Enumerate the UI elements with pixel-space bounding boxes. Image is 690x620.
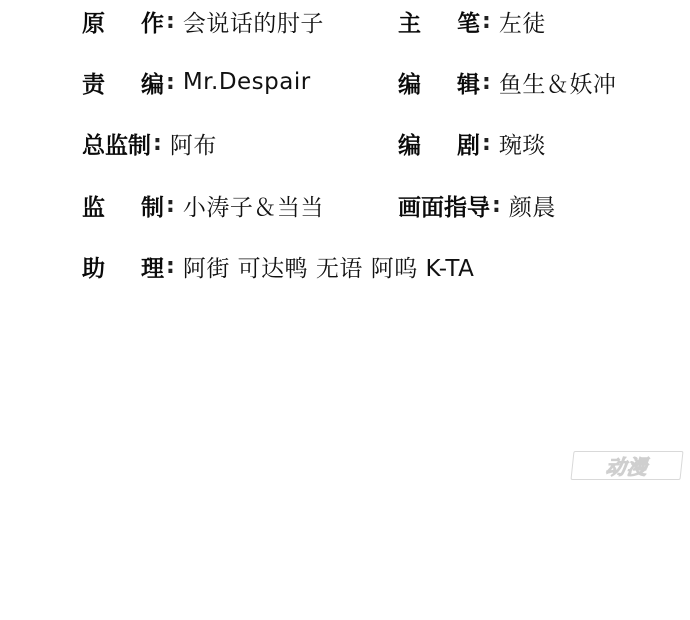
credit-name: 小涛子＆当当 bbox=[183, 189, 324, 222]
credit-name: Mr.Despair bbox=[183, 69, 311, 95]
role-char: 编 bbox=[141, 66, 164, 99]
role-char: 监 bbox=[82, 189, 105, 222]
colon: : bbox=[166, 254, 175, 279]
credit-lead-artist: 主 笔 : 左徒 bbox=[398, 4, 546, 38]
credit-name: 鱼生＆妖冲 bbox=[499, 66, 617, 99]
credit-editor: 编 辑 : 鱼生＆妖冲 bbox=[398, 65, 616, 99]
credit-original-author: 原 作 : 会说话的肘子 bbox=[82, 4, 324, 38]
role-label: 助 理 bbox=[82, 250, 164, 283]
role-label: 画面指导 bbox=[398, 189, 490, 222]
role-char: 笔 bbox=[457, 5, 480, 38]
role-label: 监 制 bbox=[82, 189, 164, 222]
colon: : bbox=[492, 193, 501, 218]
role-char: 辑 bbox=[457, 66, 480, 99]
colon: : bbox=[482, 9, 491, 34]
watermark-text: 动漫 bbox=[604, 451, 649, 480]
role-label: 主 笔 bbox=[398, 5, 480, 38]
credit-name: 会说话的肘子 bbox=[183, 5, 324, 38]
colon: : bbox=[166, 9, 175, 34]
role-char: 编 bbox=[398, 127, 421, 160]
role-char: 编 bbox=[398, 66, 421, 99]
role-label: 编 剧 bbox=[398, 127, 480, 160]
role-label: 总监制 bbox=[82, 127, 151, 160]
role-char: 原 bbox=[82, 5, 105, 38]
role-char: 剧 bbox=[457, 127, 480, 160]
credit-name: 左徒 bbox=[499, 5, 546, 38]
credit-name: 琬琰 bbox=[499, 127, 546, 160]
role-char: 助 bbox=[82, 250, 105, 283]
colon: : bbox=[482, 70, 491, 95]
credit-screenwriter: 编 剧 : 琬琰 bbox=[398, 126, 546, 160]
role-label: 原 作 bbox=[82, 5, 164, 38]
role-char: 作 bbox=[141, 5, 164, 38]
credit-art-director: 画面指导 : 颜晨 bbox=[398, 188, 556, 222]
role-label: 编 辑 bbox=[398, 66, 480, 99]
credit-name: 阿街 可达鸭 无语 阿呜 K-TA bbox=[183, 250, 475, 283]
credit-chief-supervisor: 总监制 : 阿布 bbox=[82, 126, 217, 160]
colon: : bbox=[166, 70, 175, 95]
credit-name: 颜晨 bbox=[509, 189, 556, 222]
colon: : bbox=[153, 131, 162, 156]
role-label: 责 编 bbox=[82, 66, 164, 99]
role-char: 责 bbox=[82, 66, 105, 99]
role-char: 制 bbox=[141, 189, 164, 222]
credit-supervisor: 监 制 : 小涛子＆当当 bbox=[82, 188, 324, 222]
watermark-logo: 动漫 bbox=[570, 451, 683, 480]
role-char: 主 bbox=[398, 5, 421, 38]
colon: : bbox=[166, 193, 175, 218]
credit-assistants: 助 理 : 阿街 可达鸭 无语 阿呜 K-TA bbox=[82, 249, 474, 283]
credit-name: 阿布 bbox=[170, 127, 217, 160]
colon: : bbox=[482, 131, 491, 156]
credit-editor-in-charge: 责 编 : Mr.Despair bbox=[82, 65, 311, 99]
role-char: 理 bbox=[141, 250, 164, 283]
